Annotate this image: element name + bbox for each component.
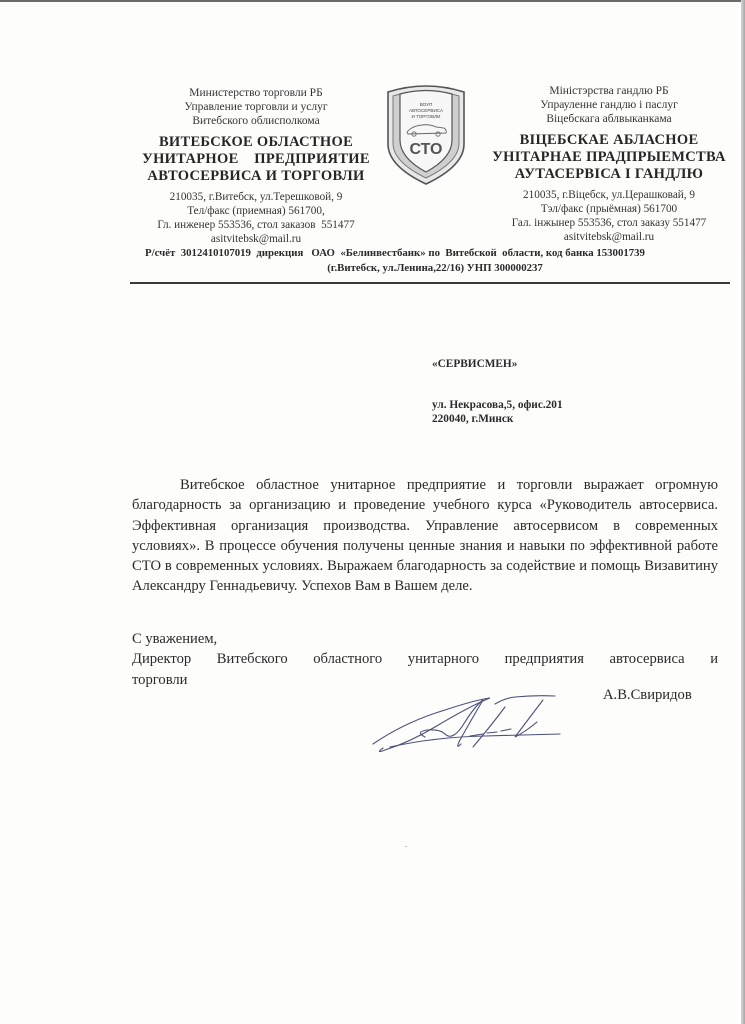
bank-address-line: (г.Витебск, ул.Ленина,22/16) УНП 3000002… — [145, 261, 725, 276]
email-link: asitvitebsk@mail.ru — [138, 232, 374, 246]
closing-block: С уважением, Директор Витебского областн… — [132, 629, 718, 690]
signer-name: А.В.Свиридов — [603, 687, 692, 704]
bank-account-line: Р/счёт 3012410107019 дирекция ОАО «Белин… — [145, 246, 725, 261]
executive-committee-line-by: Віцебскага аблвыканкама — [485, 112, 733, 126]
department-line-by: Упрауленне гандлю і паслуг — [485, 98, 733, 112]
signer-position-line1: Директор Витебского областного унитарног… — [132, 649, 718, 669]
svg-text:СТО: СТО — [410, 141, 443, 158]
scan-speck — [405, 846, 407, 847]
ministry-line-by: Міністэрства гандлю РБ — [485, 84, 733, 98]
organization-address: 210035, г.Витебск, ул.Терешковой, 9 Тел/… — [138, 190, 374, 246]
executive-committee-line: Витебского облисполкома — [138, 114, 374, 128]
organization-name-by: ВІЦЕБСКАЕ АБЛАСНОЕ УНІТАРНАЕ ПРАДПРЫЕМСТ… — [485, 132, 733, 183]
recipient-city: 220040, г.Минск — [432, 412, 563, 426]
svg-text:ВОУП: ВОУП — [420, 102, 433, 107]
scan-right-edge — [741, 0, 745, 1024]
letterhead-divider — [130, 282, 730, 284]
handwritten-signature — [365, 692, 565, 762]
recipient-name: «СЕРВИСМЕН» — [432, 357, 563, 371]
svg-text:И ТОРГОВЛИ: И ТОРГОВЛИ — [412, 114, 441, 119]
cto-shield-logo: ВОУП АВТОСЕРВИСА И ТОРГОВЛИ СТО — [384, 82, 468, 186]
letterhead-left: Министерство торговли РБ Управление торг… — [138, 86, 374, 246]
body-paragraph: Витебское областное унитарное предприяти… — [132, 475, 718, 597]
recipient-block: «СЕРВИСМЕН» ул. Некрасова,5, офис.201 22… — [432, 357, 563, 426]
scan-top-edge — [0, 0, 745, 2]
department-line: Управление торговли и услуг — [138, 100, 374, 114]
email-link-by: asitvitebsk@mail.ru — [485, 230, 733, 244]
letter-body: Витебское областное унитарное предприяти… — [132, 475, 718, 597]
svg-text:АВТОСЕРВИСА: АВТОСЕРВИСА — [409, 108, 444, 113]
letterhead-right: Міністэрства гандлю РБ Упрауленне гандлю… — [485, 84, 733, 244]
bank-details: Р/счёт 3012410107019 дирекция ОАО «Белин… — [145, 246, 725, 276]
ministry-line: Министерство торговли РБ — [138, 86, 374, 100]
organization-name: ВИТЕБСКОЕ ОБЛАСТНОЕ УНИТАРНОЕ ПРЕДПРИЯТИ… — [138, 134, 374, 185]
organization-address-by: 210035, г.Віцебск, ул.Церашковай, 9 Тэл/… — [485, 188, 733, 244]
salutation: С уважением, — [132, 629, 718, 649]
recipient-street: ул. Некрасова,5, офис.201 — [432, 398, 563, 412]
